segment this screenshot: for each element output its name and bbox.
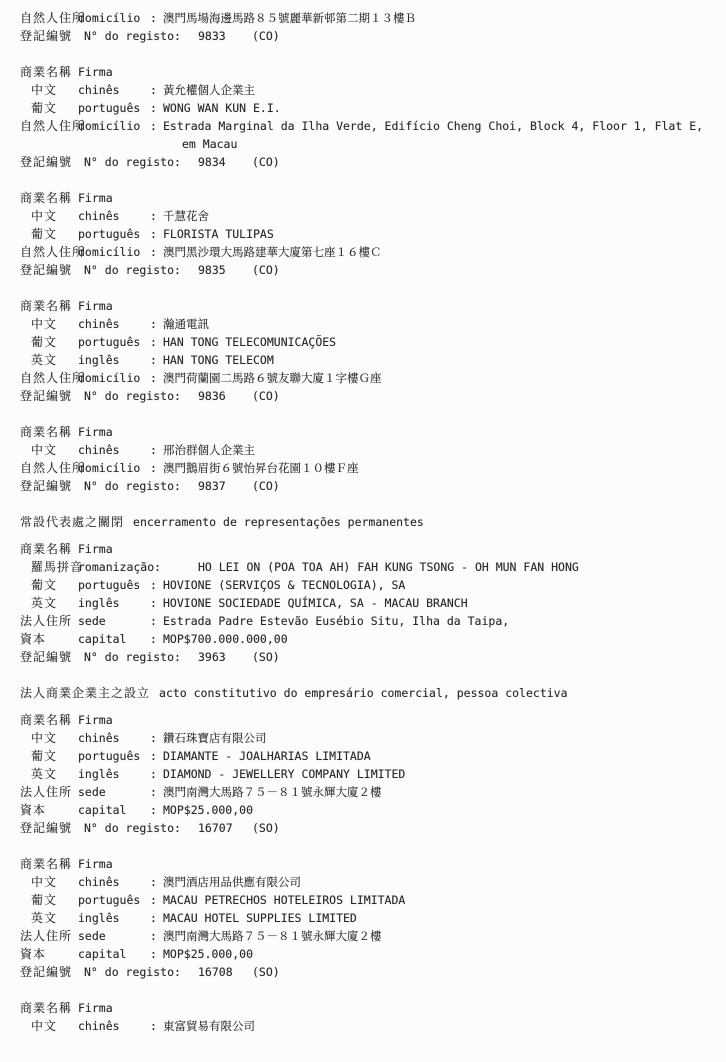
separator: : bbox=[150, 594, 163, 612]
label-zh: 自然人住所 bbox=[20, 459, 78, 477]
label-zh: 羅馬拼音 bbox=[31, 558, 78, 576]
separator: : bbox=[150, 369, 163, 387]
label-zh: 葡文 bbox=[31, 225, 78, 243]
field-value: 千慧花舍 bbox=[163, 207, 726, 225]
field-row: 法人住所sede:Estrada Padre Estevão Eusébio S… bbox=[20, 612, 726, 630]
label-zh: 英文 bbox=[31, 909, 78, 927]
registration-entry: 商業名稱Firma中文chinês:千慧花舍葡文português:FLORIS… bbox=[0, 189, 726, 279]
label-zh: 商業名稱 bbox=[20, 63, 78, 81]
field-value: FLORISTA TULIPAS bbox=[163, 225, 726, 243]
continuation-row: em Macau bbox=[182, 135, 726, 153]
label-latin: chinês bbox=[78, 81, 150, 99]
label-zh: 登記編號 bbox=[20, 819, 84, 837]
firma-row: 商業名稱Firma bbox=[20, 63, 726, 81]
registration-entry: 商業名稱Firma中文chinês:鑽石珠寶店有限公司葡文português:D… bbox=[0, 711, 726, 837]
label-latin: chinês bbox=[78, 729, 150, 747]
label-latin: N° do registo: bbox=[84, 648, 198, 666]
firma-row: 商業名稱Firma bbox=[20, 711, 726, 729]
label-latin: capital bbox=[78, 630, 150, 648]
separator: : bbox=[150, 243, 163, 261]
section-heading-latin: acto constitutivo do empresário comercia… bbox=[159, 684, 568, 702]
label-zh: 登記編號 bbox=[20, 477, 84, 495]
label-latin: inglês bbox=[78, 765, 150, 783]
label-latin: domicílio bbox=[78, 9, 150, 27]
label-zh: 登記編號 bbox=[20, 27, 84, 45]
field-row: 葡文português:WONG WAN KUN E.I. bbox=[31, 99, 726, 117]
label-zh: 登記編號 bbox=[20, 387, 84, 405]
field-row: 葡文português:MACAU PETRECHOS HOTELEIROS L… bbox=[31, 891, 726, 909]
field-row: 英文inglês:MACAU HOTEL SUPPLIES LIMITED bbox=[31, 909, 726, 927]
label-zh: 法人住所 bbox=[20, 783, 78, 801]
label-zh: 中文 bbox=[31, 729, 78, 747]
section-heading: 常設代表處之關閉encerramento de representações p… bbox=[20, 513, 726, 531]
field-row: 葡文português:HOVIONE (SERVIÇOS & TECNOLOG… bbox=[31, 576, 726, 594]
label-zh: 登記編號 bbox=[20, 261, 84, 279]
field-value: Estrada Padre Estevão Eusébio Situ, Ilha… bbox=[163, 612, 726, 630]
field-row: 中文chinês:瀚通電訊 bbox=[31, 315, 726, 333]
field-value: 澳門荷蘭園二馬路６號友聯大廈１字樓Ｇ座 bbox=[163, 369, 726, 387]
field-row: 自然人住所domicílio:澳門荷蘭園二馬路６號友聯大廈１字樓Ｇ座 bbox=[20, 369, 726, 387]
label-latin: domicílio bbox=[78, 369, 150, 387]
field-value: HOVIONE SOCIEDADE QUÍMICA, SA - MACAU BR… bbox=[163, 594, 726, 612]
label-latin: N° do registo: bbox=[84, 819, 198, 837]
separator: : bbox=[150, 765, 163, 783]
label-zh: 商業名稱 bbox=[20, 540, 78, 558]
label-zh: 資本 bbox=[20, 945, 78, 963]
field-row: 自然人住所domicílio:Estrada Marginal da Ilha … bbox=[20, 117, 726, 135]
label-latin: domicílio bbox=[78, 117, 150, 135]
separator: : bbox=[150, 459, 163, 477]
label-zh: 登記編號 bbox=[20, 153, 84, 171]
registo-code: (CO) bbox=[252, 153, 280, 171]
registo-number: 9835 bbox=[198, 261, 252, 279]
label-latin: capital bbox=[78, 801, 150, 819]
registo-number: 9834 bbox=[198, 153, 252, 171]
registo-row: 登記編號N° do registo:16707(SO) bbox=[20, 819, 726, 837]
label-latin: português bbox=[78, 576, 150, 594]
registo-row: 登記編號N° do registo:16708(SO) bbox=[20, 963, 726, 981]
field-row: 法人住所sede:澳門南灣大馬路７５－８１號永輝大廈２樓 bbox=[20, 783, 726, 801]
label-latin: N° do registo: bbox=[84, 153, 198, 171]
field-value: HAN TONG TELECOM bbox=[163, 351, 726, 369]
firma-row: 商業名稱Firma bbox=[20, 297, 726, 315]
field-row: 資本capital:MOP$25.000,00 bbox=[20, 945, 726, 963]
label-zh: 葡文 bbox=[31, 891, 78, 909]
field-row: 英文inglês:HAN TONG TELECOM bbox=[31, 351, 726, 369]
separator: : bbox=[150, 873, 163, 891]
field-value: HO LEI ON (POA TOA AH) FAH KUNG TSONG - … bbox=[198, 558, 726, 576]
label-latin: português bbox=[78, 225, 150, 243]
registration-entry: 商業名稱Firma中文chinês:邢治群個人企業主自然人住所domicílio… bbox=[0, 423, 726, 495]
field-row: 中文chinês:千慧花舍 bbox=[31, 207, 726, 225]
separator: : bbox=[150, 927, 163, 945]
registo-number: 9833 bbox=[198, 27, 252, 45]
registo-code: (SO) bbox=[252, 648, 280, 666]
label-latin: inglês bbox=[78, 909, 150, 927]
label-latin: chinês bbox=[78, 315, 150, 333]
field-row: 法人住所sede:澳門南灣大馬路７５－８１號永輝大廈２樓 bbox=[20, 927, 726, 945]
label-latin: Firma bbox=[78, 297, 150, 315]
label-zh: 商業名稱 bbox=[20, 711, 78, 729]
registo-code: (CO) bbox=[252, 477, 280, 495]
label-latin: português bbox=[78, 891, 150, 909]
field-value: HAN TONG TELECOMUNICAÇÕES bbox=[163, 333, 726, 351]
section-heading-zh: 法人商業企業主之設立 bbox=[20, 684, 150, 702]
label-latin: inglês bbox=[78, 594, 150, 612]
registo-row: 登記編號N° do registo:3963(SO) bbox=[20, 648, 726, 666]
field-value: 黃允權個人企業主 bbox=[163, 81, 726, 99]
separator: : bbox=[150, 207, 163, 225]
label-zh: 商業名稱 bbox=[20, 423, 78, 441]
registo-number: 9837 bbox=[198, 477, 252, 495]
registo-code: (CO) bbox=[252, 27, 280, 45]
section-heading-latin: encerramento de representações permanent… bbox=[133, 513, 424, 531]
label-zh: 法人住所 bbox=[20, 612, 78, 630]
field-value: 澳門南灣大馬路７５－８１號永輝大廈２樓 bbox=[163, 927, 726, 945]
label-zh: 自然人住所 bbox=[20, 369, 78, 387]
registo-row: 登記編號N° do registo:9834(CO) bbox=[20, 153, 726, 171]
label-zh: 自然人住所 bbox=[20, 117, 78, 135]
field-value: MOP$25.000,00 bbox=[163, 801, 726, 819]
field-value: 澳門鵝眉街６號怡昇台花園１０樓Ｆ座 bbox=[163, 459, 726, 477]
registo-row: 登記編號N° do registo:9836(CO) bbox=[20, 387, 726, 405]
label-zh: 英文 bbox=[31, 351, 78, 369]
field-row: 英文inglês:HOVIONE SOCIEDADE QUÍMICA, SA -… bbox=[31, 594, 726, 612]
firma-row: 商業名稱Firma bbox=[20, 540, 726, 558]
separator: : bbox=[150, 909, 163, 927]
label-zh: 商業名稱 bbox=[20, 855, 78, 873]
label-latin: Firma bbox=[78, 540, 150, 558]
label-zh: 商業名稱 bbox=[20, 297, 78, 315]
label-zh: 葡文 bbox=[31, 576, 78, 594]
section-heading-zh: 常設代表處之關閉 bbox=[20, 513, 124, 531]
field-row: 資本capital:MOP$700.000.000,00 bbox=[20, 630, 726, 648]
label-zh: 中文 bbox=[31, 207, 78, 225]
separator: : bbox=[150, 729, 163, 747]
label-zh: 自然人住所 bbox=[20, 243, 78, 261]
label-latin: romanização: bbox=[78, 558, 198, 576]
label-latin: português bbox=[78, 747, 150, 765]
field-value: 澳門南灣大馬路７５－８１號永輝大廈２樓 bbox=[163, 783, 726, 801]
separator: : bbox=[150, 576, 163, 594]
label-latin: N° do registo: bbox=[84, 963, 198, 981]
registration-entry: 自然人住所domicílio:澳門馬場海邊馬路８５號麗華新邨第二期１３樓Ｂ登記編… bbox=[0, 9, 726, 45]
field-row: 中文chinês:澳門酒店用品供應有限公司 bbox=[31, 873, 726, 891]
label-latin: Firma bbox=[78, 63, 150, 81]
field-value: MOP$25.000,00 bbox=[163, 945, 726, 963]
field-row: 中文chinês:鑽石珠寶店有限公司 bbox=[31, 729, 726, 747]
label-zh: 中文 bbox=[31, 873, 78, 891]
label-latin: chinês bbox=[78, 1017, 150, 1035]
label-zh: 英文 bbox=[31, 765, 78, 783]
label-latin: Firma bbox=[78, 711, 150, 729]
separator: : bbox=[150, 945, 163, 963]
field-value: HOVIONE (SERVIÇOS & TECNOLOGIA), SA bbox=[163, 576, 726, 594]
field-value: MOP$700.000.000,00 bbox=[163, 630, 726, 648]
registration-entry: 商業名稱Firma中文chinês:黃允權個人企業主葡文português:WO… bbox=[0, 63, 726, 171]
separator: : bbox=[150, 801, 163, 819]
label-zh: 登記編號 bbox=[20, 648, 84, 666]
separator: : bbox=[150, 315, 163, 333]
field-row: 自然人住所domicílio:澳門馬場海邊馬路８５號麗華新邨第二期１３樓Ｂ bbox=[20, 9, 726, 27]
label-latin: N° do registo: bbox=[84, 387, 198, 405]
label-latin: N° do registo: bbox=[84, 27, 198, 45]
registo-row: 登記編號N° do registo:9835(CO) bbox=[20, 261, 726, 279]
firma-row: 商業名稱Firma bbox=[20, 999, 726, 1017]
label-latin: N° do registo: bbox=[84, 261, 198, 279]
registo-number: 16707 bbox=[198, 819, 252, 837]
registo-number: 16708 bbox=[198, 963, 252, 981]
field-value: 澳門黑沙環大馬路建華大廈第七座１６樓Ｃ bbox=[163, 243, 726, 261]
separator: : bbox=[150, 99, 163, 117]
separator: : bbox=[150, 9, 163, 27]
label-latin: sede bbox=[78, 783, 150, 801]
firma-row: 商業名稱Firma bbox=[20, 855, 726, 873]
separator: : bbox=[150, 1017, 163, 1035]
label-zh: 葡文 bbox=[31, 333, 78, 351]
label-latin: Firma bbox=[78, 855, 150, 873]
separator: : bbox=[150, 225, 163, 243]
field-value: MACAU HOTEL SUPPLIES LIMITED bbox=[163, 909, 726, 927]
field-value: 澳門酒店用品供應有限公司 bbox=[163, 873, 726, 891]
label-zh: 登記編號 bbox=[20, 963, 84, 981]
label-zh: 葡文 bbox=[31, 99, 78, 117]
field-value: 瀚通電訊 bbox=[163, 315, 726, 333]
registo-code: (CO) bbox=[252, 261, 280, 279]
field-value: MACAU PETRECHOS HOTELEIROS LIMITADA bbox=[163, 891, 726, 909]
label-zh: 中文 bbox=[31, 1017, 78, 1035]
registration-entry: 商業名稱Firma中文chinês:瀚通電訊葡文português:HAN TO… bbox=[0, 297, 726, 405]
separator: : bbox=[150, 612, 163, 630]
label-latin: Firma bbox=[78, 189, 150, 207]
registo-code: (SO) bbox=[252, 963, 280, 981]
field-value: Estrada Marginal da Ilha Verde, Edifício… bbox=[163, 117, 726, 135]
field-row: 葡文português:FLORISTA TULIPAS bbox=[31, 225, 726, 243]
label-latin: sede bbox=[78, 927, 150, 945]
label-latin: chinês bbox=[78, 441, 150, 459]
label-latin: Firma bbox=[78, 423, 150, 441]
field-row: 英文inglês:DIAMOND - JEWELLERY COMPANY LIM… bbox=[31, 765, 726, 783]
field-row: 葡文português:DIAMANTE - JOALHARIAS LIMITA… bbox=[31, 747, 726, 765]
field-row: 自然人住所domicílio:澳門鵝眉街６號怡昇台花園１０樓Ｆ座 bbox=[20, 459, 726, 477]
field-row: 資本capital:MOP$25.000,00 bbox=[20, 801, 726, 819]
field-value: 邢治群個人企業主 bbox=[163, 441, 726, 459]
label-zh: 中文 bbox=[31, 81, 78, 99]
section-heading: 法人商業企業主之設立acto constitutivo do empresári… bbox=[20, 684, 726, 702]
field-value: 鑽石珠寶店有限公司 bbox=[163, 729, 726, 747]
label-zh: 中文 bbox=[31, 315, 78, 333]
label-zh: 英文 bbox=[31, 594, 78, 612]
label-latin: Firma bbox=[78, 999, 150, 1017]
field-row: 中文chinês:邢治群個人企業主 bbox=[31, 441, 726, 459]
firma-row: 商業名稱Firma bbox=[20, 189, 726, 207]
field-row: 中文chinês:黃允權個人企業主 bbox=[31, 81, 726, 99]
separator: : bbox=[150, 117, 163, 135]
registration-entry: 商業名稱Firma羅馬拼音romanização:HO LEI ON (POA … bbox=[0, 540, 726, 666]
label-zh: 資本 bbox=[20, 801, 78, 819]
registration-entry: 商業名稱Firma中文chinês:東富貿易有限公司 bbox=[0, 999, 726, 1035]
label-latin: português bbox=[78, 99, 150, 117]
field-row: 中文chinês:東富貿易有限公司 bbox=[31, 1017, 726, 1035]
label-zh: 中文 bbox=[31, 441, 78, 459]
field-value: DIAMANTE - JOALHARIAS LIMITADA bbox=[163, 747, 726, 765]
label-zh: 商業名稱 bbox=[20, 999, 78, 1017]
label-zh: 葡文 bbox=[31, 747, 78, 765]
field-value: 東富貿易有限公司 bbox=[163, 1017, 726, 1035]
registo-code: (SO) bbox=[252, 819, 280, 837]
separator: : bbox=[150, 783, 163, 801]
label-latin: capital bbox=[78, 945, 150, 963]
romanizacao-row: 羅馬拼音romanização:HO LEI ON (POA TOA AH) F… bbox=[31, 558, 726, 576]
separator: : bbox=[150, 747, 163, 765]
label-zh: 自然人住所 bbox=[20, 9, 78, 27]
registration-entry: 商業名稱Firma中文chinês:澳門酒店用品供應有限公司葡文portuguê… bbox=[0, 855, 726, 981]
label-latin: inglês bbox=[78, 351, 150, 369]
separator: : bbox=[150, 351, 163, 369]
label-latin: domicílio bbox=[78, 459, 150, 477]
field-value: WONG WAN KUN E.I. bbox=[163, 99, 726, 117]
registo-row: 登記編號N° do registo:9833(CO) bbox=[20, 27, 726, 45]
label-latin: português bbox=[78, 333, 150, 351]
separator: : bbox=[150, 441, 163, 459]
field-row: 自然人住所domicílio:澳門黑沙環大馬路建華大廈第七座１６樓Ｃ bbox=[20, 243, 726, 261]
field-value: DIAMOND - JEWELLERY COMPANY LIMITED bbox=[163, 765, 726, 783]
label-latin: N° do registo: bbox=[84, 477, 198, 495]
registo-number: 3963 bbox=[198, 648, 252, 666]
label-latin: chinês bbox=[78, 873, 150, 891]
registo-number: 9836 bbox=[198, 387, 252, 405]
field-value: 澳門馬場海邊馬路８５號麗華新邨第二期１３樓Ｂ bbox=[163, 9, 726, 27]
firma-row: 商業名稱Firma bbox=[20, 423, 726, 441]
registo-code: (CO) bbox=[252, 387, 280, 405]
separator: : bbox=[150, 630, 163, 648]
scanned-gazette-page: 自然人住所domicílio:澳門馬場海邊馬路８５號麗華新邨第二期１３樓Ｂ登記編… bbox=[0, 0, 726, 1035]
field-value-continuation: em Macau bbox=[182, 135, 726, 153]
field-row: 葡文português:HAN TONG TELECOMUNICAÇÕES bbox=[31, 333, 726, 351]
registo-row: 登記編號N° do registo:9837(CO) bbox=[20, 477, 726, 495]
separator: : bbox=[150, 891, 163, 909]
label-zh: 法人住所 bbox=[20, 927, 78, 945]
label-latin: sede bbox=[78, 612, 150, 630]
label-zh: 商業名稱 bbox=[20, 189, 78, 207]
separator: : bbox=[150, 81, 163, 99]
label-zh: 資本 bbox=[20, 630, 78, 648]
label-latin: chinês bbox=[78, 207, 150, 225]
separator: : bbox=[150, 333, 163, 351]
label-latin: domicílio bbox=[78, 243, 150, 261]
